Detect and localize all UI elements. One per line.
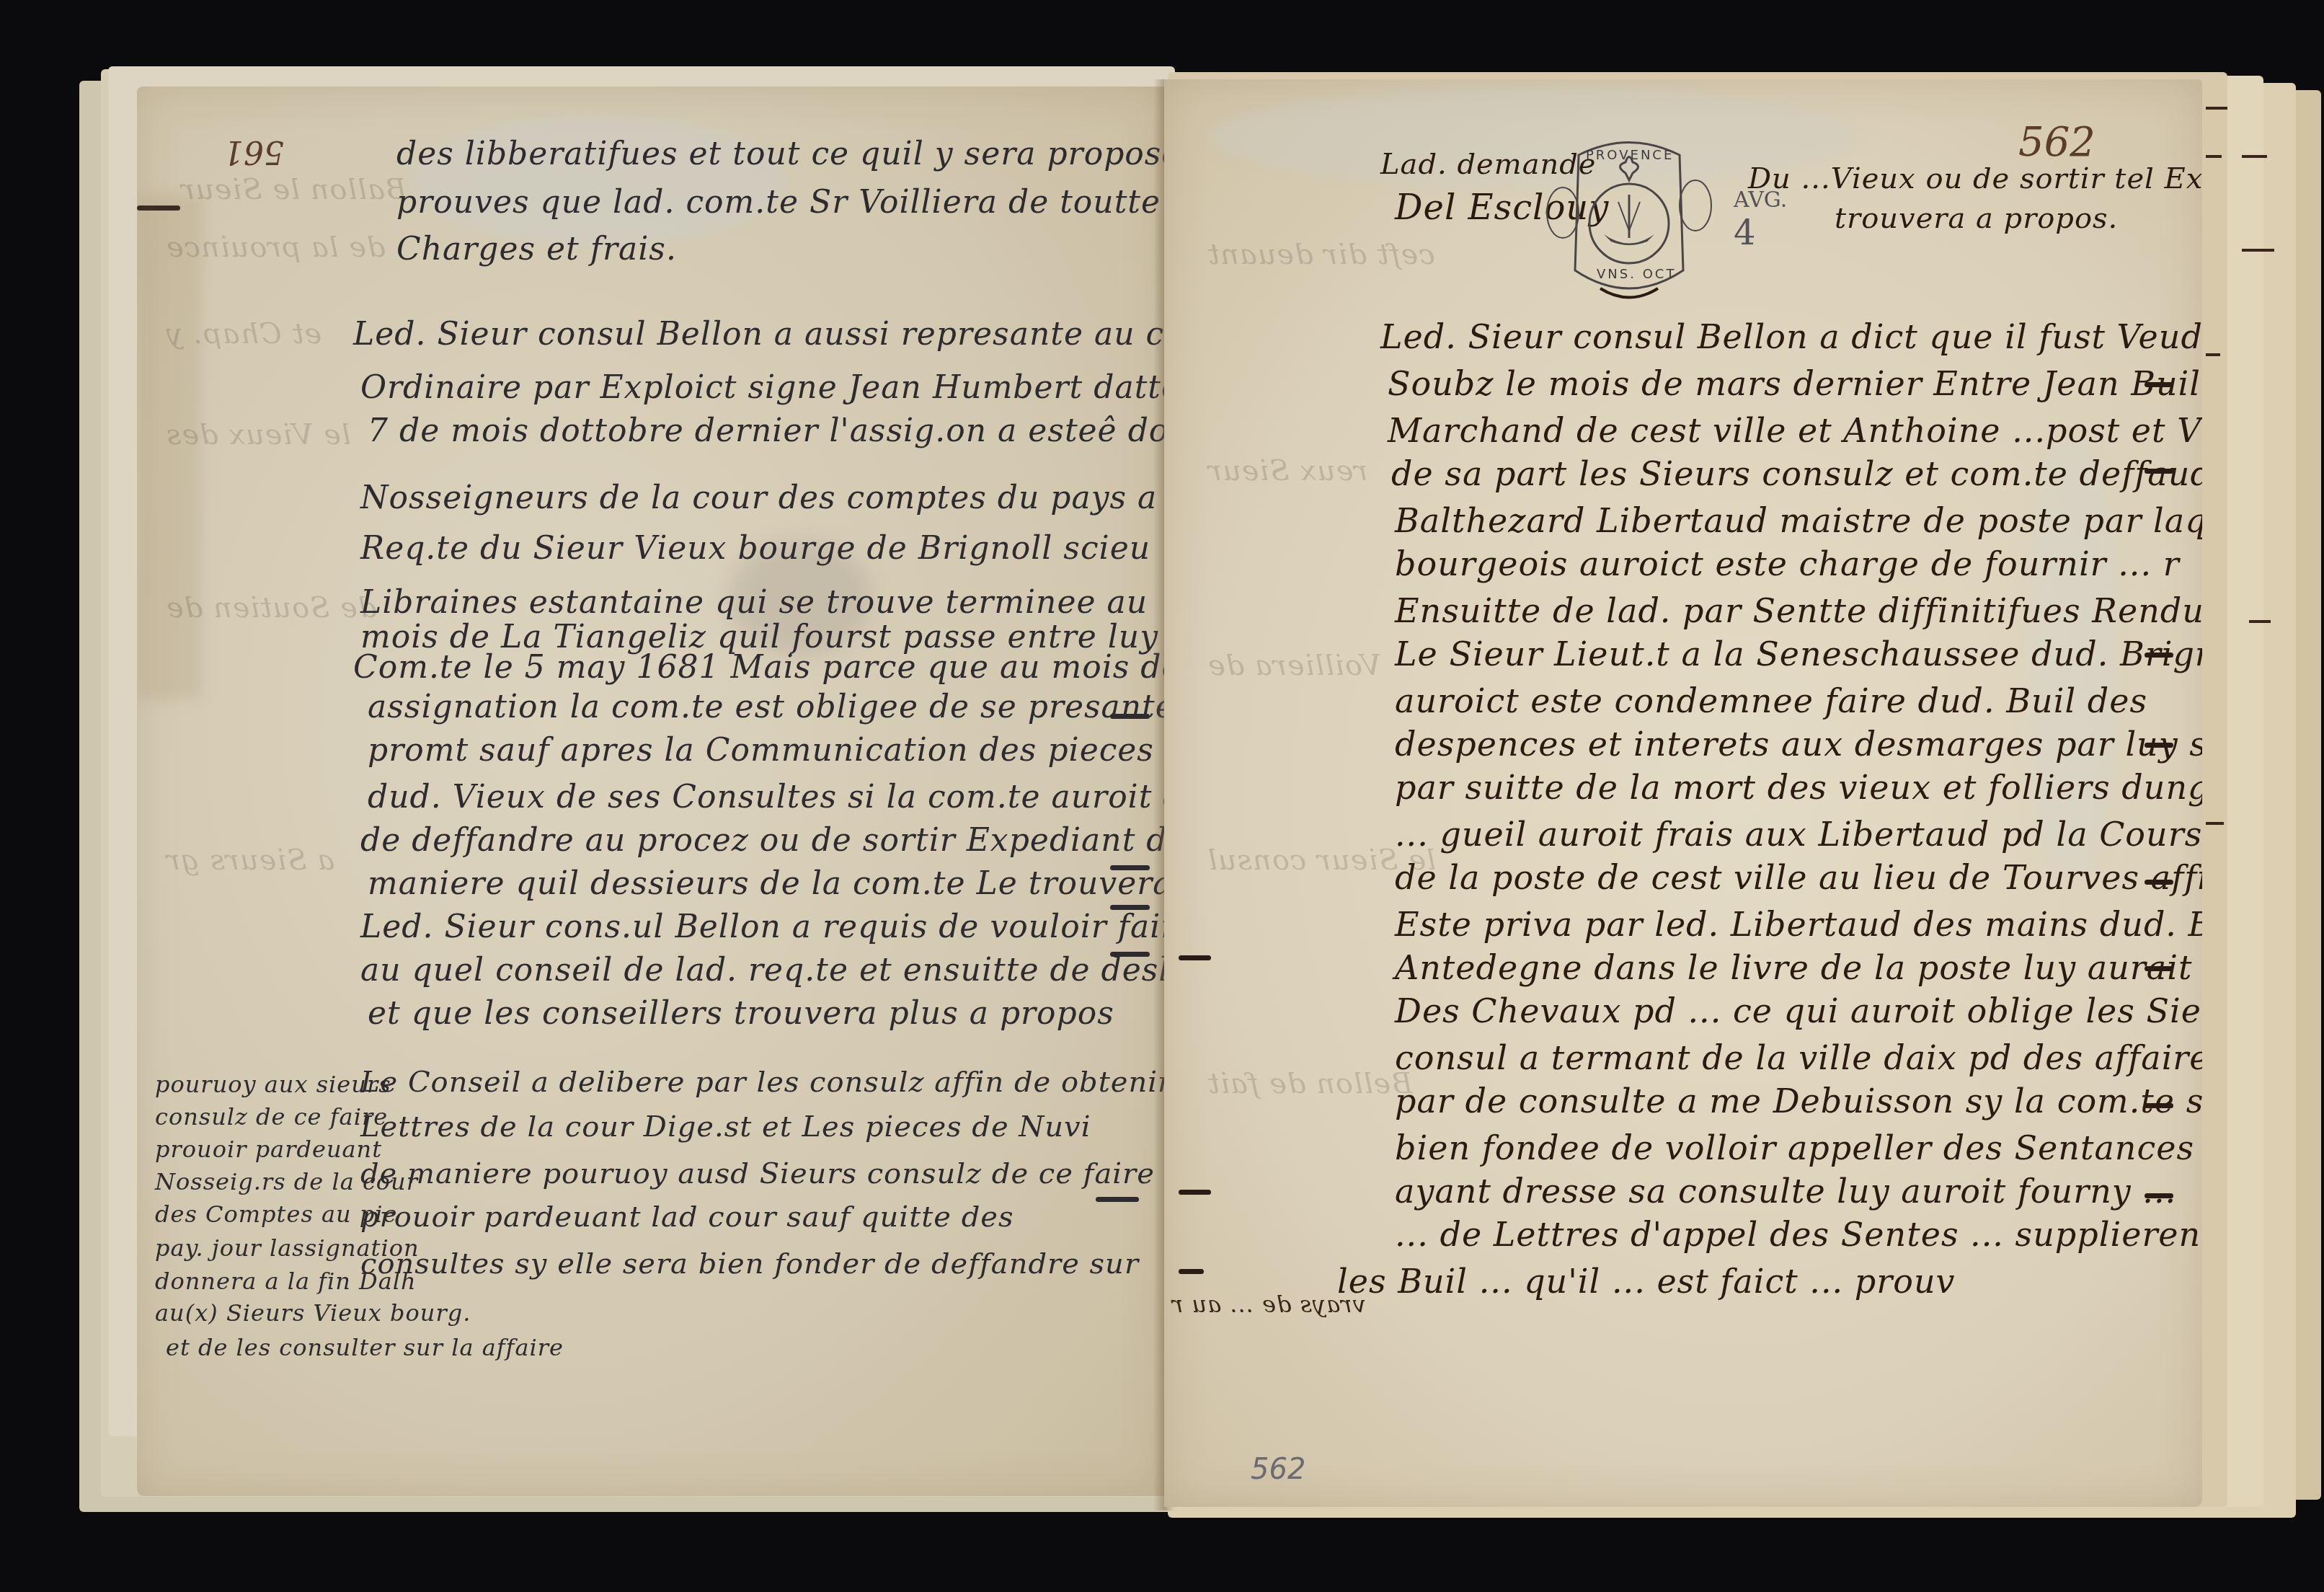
line-end-dash [2145, 1103, 2173, 1108]
folio-number: 562 [2018, 119, 2095, 166]
body-line: de sa part les Sieurs consulz et com.te … [1391, 454, 2202, 493]
line-end-dash [2145, 1193, 2173, 1198]
water-stain [411, 115, 786, 245]
ink-offset-ghost: le Vieux des [166, 418, 351, 451]
line-end-dash [2145, 382, 2173, 387]
body-line: maniere quil dessieurs de la com.te Le t… [368, 865, 1164, 902]
body-line: Com.te le 5 may 1681 Mais parce que au m… [353, 649, 1164, 686]
line-end-dash [1096, 1197, 1139, 1202]
line-end-dash [2145, 653, 2173, 658]
body-line: Antedegne dans le livre de la poste luy … [1395, 948, 2202, 987]
leaf-edge-ink-mark [2206, 353, 2220, 356]
ink-offset-ghost: ceft dir deuant [1207, 238, 1435, 271]
stamp-bottom-text: VNS. OCT [1597, 267, 1676, 282]
body-line: consul a termant de la ville daix pd des… [1395, 1038, 2202, 1077]
margin-dash-mark [1179, 955, 1211, 960]
line-end-dash [2145, 743, 2173, 748]
margin-note-line: prouoir pardeuant [155, 1136, 382, 1163]
body-line: Balthezard Libertaud maistre de poste pa… [1395, 501, 2202, 540]
opening-line: prouves que lad. com.te Sr Voilliera de … [396, 184, 1161, 221]
line-end-dash [1110, 865, 1150, 870]
margin-note-line: au(x) Sieurs Vieux bourg. [155, 1299, 471, 1327]
folio-number: 561 [223, 133, 284, 170]
body-line: au quel conseil de lad. req.te et ensuit… [360, 952, 1164, 989]
body-line: auroict este condemnee faire dud. Buil d… [1395, 681, 2147, 720]
line-end-dash [2145, 966, 2173, 971]
pencil-folio-number: 562 [1251, 1453, 1305, 1486]
body-line: Libraines estantaine qui se trouve termi… [360, 584, 1148, 621]
body-line: Soubz le mois de mars dernier Entre Jean… [1388, 364, 2201, 403]
ink-offset-ghost: de la prouince [166, 231, 386, 264]
body-line: Led. Sieur consul Bellon a dict que il f… [1380, 317, 2202, 356]
left-page: Ballon le Sieur de la prouince et Chap. … [137, 87, 1164, 1496]
margin-note-line: consulz de ce faire [155, 1103, 388, 1131]
stamp-number: 4 [1734, 213, 1756, 253]
body-line: despences et interets aux desmarges par … [1395, 725, 2202, 764]
body-line: dud. Vieux de ses Consultes si la com.te… [368, 779, 1164, 815]
header-right-line: Du ...Vieux ou de sortir tel Expediant [1748, 162, 2202, 195]
line-end-dash [1110, 952, 1150, 957]
leaf-edge-ink-mark [2206, 155, 2222, 158]
opening-line: des libberatifues et tout ce quil y sera… [396, 136, 1164, 172]
body-line: Des Chevaux pd ... ce qui auroit oblige … [1395, 991, 2202, 1030]
lower-body-line: Le Conseil a delibere par les consulz af… [360, 1066, 1164, 1099]
body-line: Le Sieur Lieut.t a la Seneschaussee dud.… [1395, 634, 2202, 673]
line-end-dash [1110, 714, 1150, 719]
margin-dash-mark [1179, 1190, 1211, 1195]
lower-body-line: Lettres de la cour Dige.st et Les pieces… [360, 1110, 1091, 1144]
lower-body-line: consultes sy elle sera bien fonder de de… [360, 1247, 1139, 1281]
margin-note-line: et de les consulter sur la affaire [166, 1334, 564, 1361]
leaf-edge-ink-mark [2206, 822, 2224, 825]
leaf-edge-ink-mark [2249, 620, 2271, 623]
body-line: bien fondee de volloir appeller des Sent… [1395, 1128, 2202, 1167]
body-line: 7 de mois dottobre dernier l'assig.on a … [368, 412, 1164, 449]
body-line: par suitte de la mort des vieux et folli… [1395, 768, 2202, 807]
body-line: Ordinaire par Exploict signe Jean Humber… [360, 369, 1164, 406]
ink-offset-ghost: de Soutien de [166, 591, 377, 624]
leaf-edge-ink-mark [2206, 107, 2227, 110]
body-line: assignation la com.te est obligee de se … [368, 689, 1164, 725]
body-line: Led. Sieur cons.ul Bellon a requis de vo… [360, 908, 1164, 945]
line-end-dash [2145, 469, 2173, 474]
margin-dash-mark [1179, 1269, 1204, 1274]
body-line: Nosseigneurs de la cour des comptes du p… [360, 479, 1164, 516]
body-line: de la poste de cest ville au lieu de Tou… [1395, 858, 2202, 897]
ink-offset-ghost: Voilliera de [1207, 649, 1381, 682]
lower-body-line: de maniere pouruoy ausd Sieurs consulz d… [360, 1157, 1155, 1190]
ink-offset-ghost: et Chap. y [166, 317, 321, 350]
body-line: de deffandre au procez ou de sortir Expe… [360, 822, 1164, 859]
body-line: et que les conseillers trouvera plus a p… [368, 995, 1114, 1032]
header-right-line: trouvera a propos. [1835, 202, 2118, 235]
ink-offset-ghost: Bellon de fait [1207, 1067, 1413, 1100]
tax-stamp: PROVENCE VNS. OCT [1535, 133, 1723, 314]
ink-offset-ghost: reux Sieur [1207, 454, 1368, 487]
line-end-dash [2145, 880, 2173, 885]
body-line: Marchand de cest ville et Anthoine ...po… [1388, 411, 2202, 450]
body-line: par de consulte a me Debuisson sy la com… [1395, 1082, 2202, 1120]
stamp-top-text: PROVENCE [1586, 148, 1674, 163]
body-line: ... de Lettres d'appel des Sentes ... su… [1395, 1215, 2202, 1254]
line-end-dash [1110, 905, 1150, 910]
leaf-edge-ink-mark [2242, 155, 2267, 158]
body-line: Este priva par led. Libertaud des mains … [1395, 905, 2202, 944]
right-page: 562 Lad. demande Del Esclouy Du ...Vieux… [1164, 79, 2202, 1507]
body-line: Ensuitte de lad. par Sentte diffinitifue… [1395, 591, 2202, 630]
opening-line: Charges et frais. [396, 231, 677, 267]
leaf-edge-ink-mark [2242, 249, 2274, 252]
ink-offset-ghost: a Sieurs gr [166, 844, 334, 877]
body-line: ... gueil auroit frais aux Libertaud pd … [1395, 815, 2202, 854]
body-line: bourgeois auroict este charge de fournir… [1395, 544, 2180, 583]
body-line: Req.te du Sieur Vieux bourge de Brignoll… [360, 530, 1150, 567]
body-line: Led. Sieur consul Bellon a aussi represa… [353, 316, 1164, 353]
ink-offset-ghost: Ballon le Sieur [180, 173, 407, 206]
lower-body-line: prouoir pardeuant lad cour sauf quitte d… [360, 1200, 1014, 1234]
body-line: ayant dresse sa consulte luy auroit four… [1395, 1172, 2176, 1211]
margin-note-line: pouruoy aux sieurs [155, 1071, 391, 1098]
body-line: promt sauf apres la Communication des pi… [368, 732, 1164, 769]
body-line: les Buil ... qu'il ... est faict ... pro… [1337, 1262, 1956, 1301]
stamp-month: AVG. [1734, 187, 1787, 213]
margin-dash-mark [137, 205, 180, 211]
